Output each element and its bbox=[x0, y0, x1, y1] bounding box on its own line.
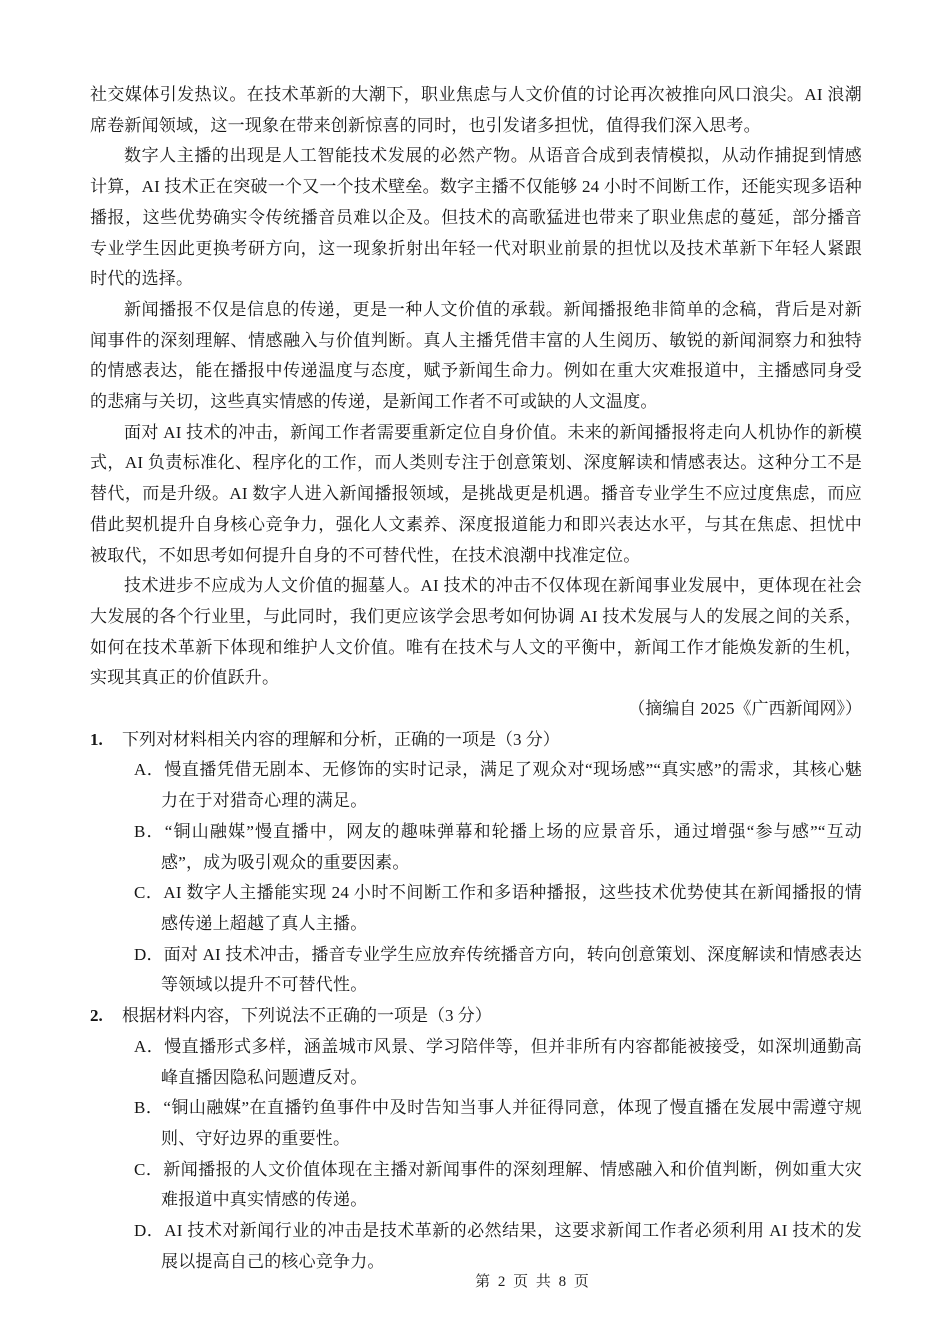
question-2-option-c: C．新闻播报的人文价值体现在主播对新闻事件的深刻理解、情感融入和价值判断，例如重… bbox=[134, 1155, 862, 1216]
question-1-option-c: C．AI 数字人主播能实现 24 小时不间断工作和多语种播报，这些技术优势使其在… bbox=[134, 878, 862, 939]
passage-paragraph: 社交媒体引发热议。在技术革新的大潮下，职业焦虑与人文价值的讨论再次被推向风口浪尖… bbox=[90, 80, 862, 141]
option-label: A． bbox=[134, 760, 164, 779]
question-1-option-b: B．“铜山融媒”慢直播中，网友的趣味弹幕和轮播上场的应景音乐，通过增强“参与感”… bbox=[134, 817, 862, 878]
option-label: B． bbox=[134, 1098, 163, 1117]
question-1: 1. 下列对材料相关内容的理解和分析，正确的一项是（3 分） A．慢直播凭借无剧… bbox=[90, 725, 862, 1001]
question-1-head: 1. 下列对材料相关内容的理解和分析，正确的一项是（3 分） bbox=[90, 725, 862, 756]
option-label: D． bbox=[134, 1221, 164, 1240]
option-text: 面对 AI 技术冲击，播音专业学生应放弃传统播音方向，转向创意策划、深度解读和情… bbox=[161, 945, 862, 995]
page-footer: 第 2 页 共 8 页 bbox=[475, 1270, 591, 1291]
passage-paragraph: 新闻播报不仅是信息的传递，更是一种人文价值的承载。新闻播报绝非简单的念稿，背后是… bbox=[90, 295, 862, 418]
question-2-option-d: D．AI 技术对新闻行业的冲击是技术革新的必然结果，这要求新闻工作者必须利用 A… bbox=[134, 1216, 862, 1277]
passage-paragraph: 面对 AI 技术的冲击，新闻工作者需要重新定位自身价值。未来的新闻播报将走向人机… bbox=[90, 418, 862, 572]
question-number: 1. bbox=[90, 725, 122, 756]
question-stem: 下列对材料相关内容的理解和分析，正确的一项是（3 分） bbox=[122, 725, 862, 756]
question-2-option-b: B．“铜山融媒”在直播钓鱼事件中及时告知当事人并征得同意，体现了慢直播在发展中需… bbox=[134, 1093, 862, 1154]
option-label: B． bbox=[134, 822, 165, 841]
option-label: C． bbox=[134, 883, 163, 902]
option-label: D． bbox=[134, 945, 164, 964]
passage-paragraph: 数字人主播的出现是人工智能技术发展的必然产物。从语音合成到表情模拟，从动作捕捉到… bbox=[90, 141, 862, 295]
option-text: AI 数字人主播能实现 24 小时不间断工作和多语种播报，这些技术优势使其在新闻… bbox=[161, 883, 862, 933]
exam-page-content: 社交媒体引发热议。在技术革新的大潮下，职业焦虑与人文价值的讨论再次被推向风口浪尖… bbox=[90, 80, 862, 1277]
option-label: A． bbox=[134, 1037, 164, 1056]
option-text: AI 技术对新闻行业的冲击是技术革新的必然结果，这要求新闻工作者必须利用 AI … bbox=[161, 1221, 862, 1271]
question-1-option-a: A．慢直播凭借无剧本、无修饰的实时记录，满足了观众对“现场感”“真实感”的需求，… bbox=[134, 755, 862, 816]
question-2-head: 2. 根据材料内容，下列说法不正确的一项是（3 分） bbox=[90, 1001, 862, 1032]
question-number: 2. bbox=[90, 1001, 122, 1032]
passage-paragraph: 技术进步不应成为人文价值的掘墓人。AI 技术的冲击不仅体现在新闻事业发展中，更体… bbox=[90, 571, 862, 694]
option-text: 慢直播形式多样，涵盖城市风景、学习陪伴等，但并非所有内容都能被接受，如深圳通勤高… bbox=[161, 1037, 862, 1087]
option-text: 新闻播报的人文价值体现在主播对新闻事件的深刻理解、情感融入和价值判断，例如重大灾… bbox=[161, 1160, 862, 1210]
option-text: “铜山融媒”慢直播中，网友的趣味弹幕和轮播上场的应景音乐，通过增强“参与感”“互… bbox=[161, 822, 862, 872]
question-2: 2. 根据材料内容，下列说法不正确的一项是（3 分） A．慢直播形式多样，涵盖城… bbox=[90, 1001, 862, 1277]
option-text: “铜山融媒”在直播钓鱼事件中及时告知当事人并征得同意，体现了慢直播在发展中需遵守… bbox=[161, 1098, 862, 1148]
option-text: 慢直播凭借无剧本、无修饰的实时记录，满足了观众对“现场感”“真实感”的需求，其核… bbox=[161, 760, 862, 810]
question-1-option-d: D．面对 AI 技术冲击，播音专业学生应放弃传统播音方向，转向创意策划、深度解读… bbox=[134, 940, 862, 1001]
question-2-option-a: A．慢直播形式多样，涵盖城市风景、学习陪伴等，但并非所有内容都能被接受，如深圳通… bbox=[134, 1032, 862, 1093]
reading-passage: 社交媒体引发热议。在技术革新的大潮下，职业焦虑与人文价值的讨论再次被推向风口浪尖… bbox=[90, 80, 862, 725]
passage-attribution: （摘编自 2025《广西新闻网》） bbox=[90, 694, 862, 725]
option-label: C． bbox=[134, 1160, 163, 1179]
question-stem: 根据材料内容，下列说法不正确的一项是（3 分） bbox=[122, 1001, 862, 1032]
